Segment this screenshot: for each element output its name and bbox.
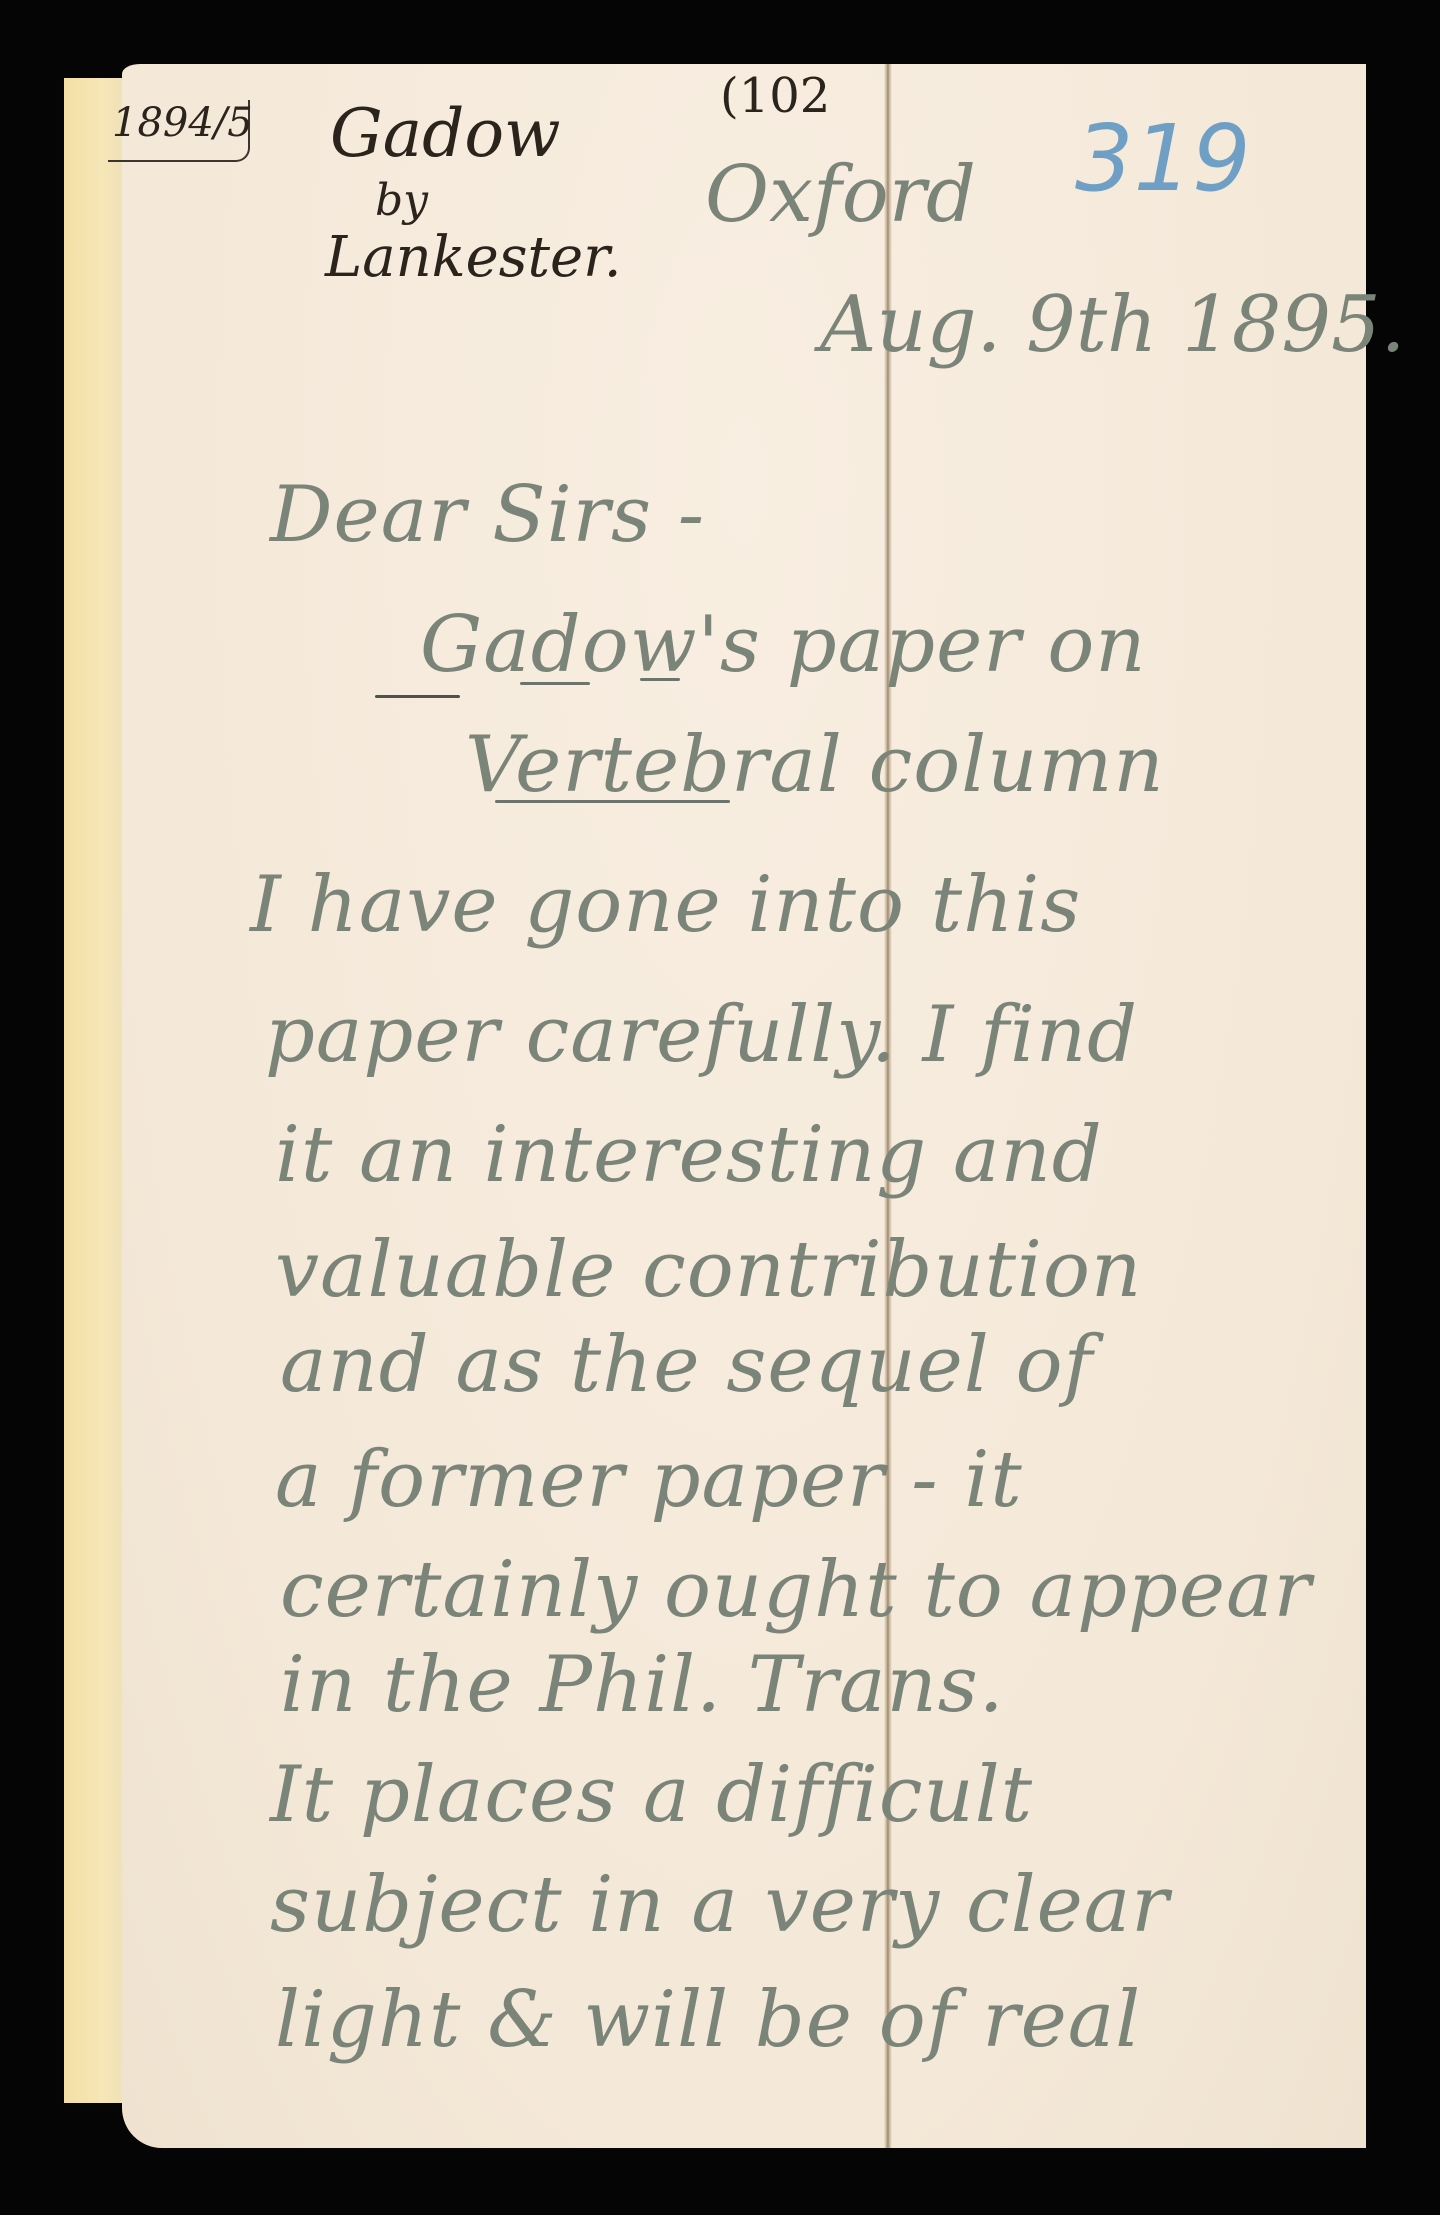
annotation-referee: Lankester. [325,225,622,290]
subject-line-2: Vertebral column [465,720,1165,810]
body-line: I have gone into this [250,860,1081,950]
body-line: in the Phil. Trans. [280,1640,1005,1730]
salutation: Dear Sirs - [270,470,705,560]
body-line: a former paper - it [275,1435,1023,1525]
underline-gadow [375,695,460,698]
underline-paper [520,682,590,685]
body-line: It places a difficult [270,1750,1033,1840]
body-line: valuable contribution [275,1225,1142,1315]
subject-line-1: Gadow's paper on [420,600,1147,690]
body-line: subject in a very clear [270,1860,1170,1950]
body-line: certainly ought to appear [280,1545,1312,1635]
reference-number: 1894/5 [112,100,253,146]
folio-mark: (102 [720,68,830,124]
underline-vertebral-column [495,800,730,803]
date-line: Aug. 9th 1895. [820,280,1405,370]
body-line: light & will be of real [275,1975,1141,2065]
body-line: paper carefully. I find [265,990,1138,1080]
annotation-by: by [375,175,428,226]
body-line: and as the sequel of [280,1320,1093,1410]
binding-strip [64,78,126,2103]
body-line: it an interesting and [275,1110,1103,1200]
catalogue-number: 319 [1075,105,1251,212]
underline-on [640,678,680,681]
place-line: Oxford [705,150,976,240]
annotation-author-subject: Gadow [330,95,561,172]
